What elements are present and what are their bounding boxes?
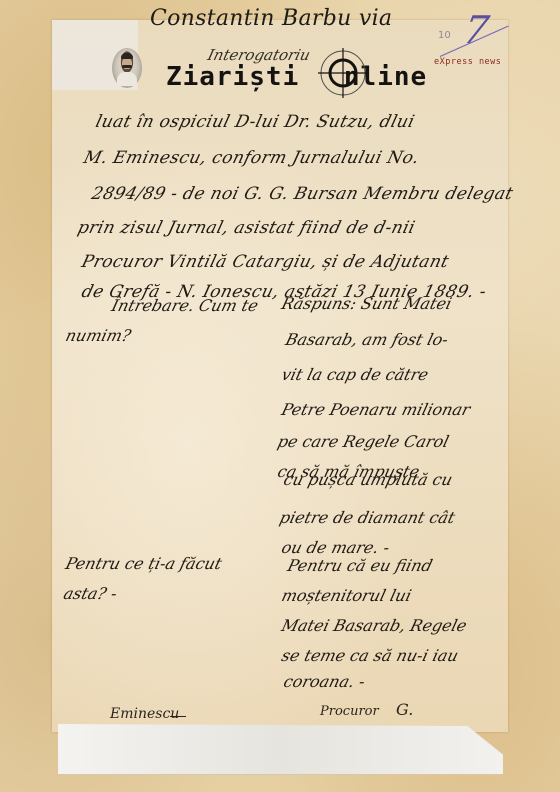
tape-strip-bottom [58, 724, 503, 775]
answer-line: Răspuns: Sunt Matei [280, 294, 454, 313]
intro-line: luat în ospiciul D-lui Dr. Sutzu, dlui [94, 112, 417, 132]
folio-small-number: 10 [438, 30, 451, 41]
answer-line: Petre Poenaru milionar [280, 400, 473, 419]
answer-line: Pentru că eu fiind [286, 556, 435, 575]
signature-left: Eminescu [110, 706, 179, 722]
answer-line: Basarab, am fost lo- [284, 330, 451, 349]
question-line: asta? - [62, 584, 120, 603]
signature-right: G. [396, 700, 413, 719]
answer-line: vit la cap de către [280, 365, 431, 384]
intro-line: 2894/89 - de noi G. G. Bursan Membru del… [90, 184, 516, 204]
answer-line: pe care Regele Carol [276, 432, 451, 451]
answer-line: moștenitorul lui [280, 586, 414, 605]
intro-line: Procuror Vintilă Catargiu, și de Adjutan… [80, 252, 452, 272]
intro-line: M. Eminescu, conform Jurnalului No. [82, 148, 422, 168]
attribution-text: Constantin Barbu via [150, 6, 392, 31]
answer-line: coroana. - [282, 672, 368, 691]
question-line: numim? [64, 326, 133, 345]
signature-underline [170, 716, 186, 717]
question-line: Pentru ce ți-a făcut [64, 554, 224, 573]
answer-line: se teme ca să nu-i iau [280, 646, 461, 665]
site-name-left: Ziariști [166, 62, 316, 92]
partner-label[interactable]: eXpress news [434, 57, 501, 67]
crosshair-icon [318, 48, 368, 98]
intro-line: prin zisul Jurnal, asistat fiind de d-ni… [76, 218, 418, 238]
answer-line: pietre de diamant cât [278, 508, 457, 527]
question-line: Întrebare. Cum te [110, 296, 261, 315]
site-name[interactable]: Ziariști nline [166, 62, 427, 92]
answer-line: Matei Basarab, Regele [280, 616, 469, 635]
signature-procuror: Procuror [320, 704, 379, 719]
answer-line: cu pușca umplută cu [282, 470, 455, 489]
answer-line: ou de mare. - [280, 538, 392, 557]
portrait-photo [112, 48, 142, 88]
